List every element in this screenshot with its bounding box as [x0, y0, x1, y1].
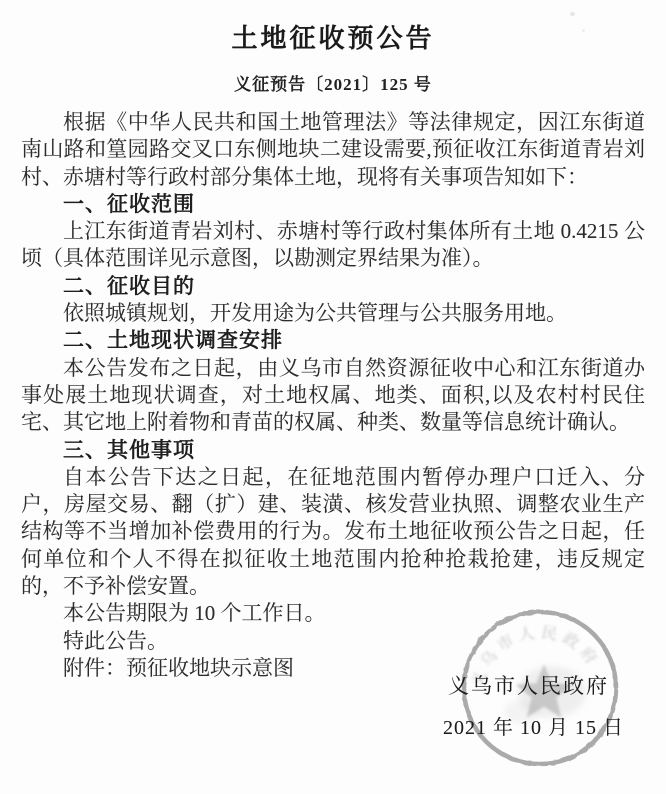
- doc-number: 义征预告〔2021〕125 号: [21, 70, 645, 95]
- paragraph: 特此公告。: [21, 628, 645, 655]
- paragraph: 依照城镇规划，开发用途为公共管理与公共服务用地。: [21, 300, 645, 327]
- announcement-page: 土地征收预公告 义征预告〔2021〕125 号 根据《中华人民共和国土地管理法》…: [0, 0, 666, 794]
- section-heading: 二、征收目的: [21, 273, 645, 300]
- issue-date: 2021 年 10 月 15 日: [443, 711, 624, 740]
- paragraph: 本公告期限为 10 个工作日。: [21, 600, 645, 627]
- document-body: 土地征收预公告 义征预告〔2021〕125 号 根据《中华人民共和国土地管理法》…: [0, 0, 666, 682]
- issuer-name: 义乌市人民政府: [448, 670, 609, 700]
- paragraph: 上江东街道青岩刘村、赤塘村等行政村集体所有土地 0.4215 公顷（具体范围详见…: [21, 218, 645, 273]
- section-heading: 三、其他事项: [21, 437, 645, 464]
- doc-title: 土地征收预公告: [21, 18, 645, 55]
- section-heading: 一、征收范围: [21, 191, 645, 218]
- paragraph: 根据《中华人民共和国土地管理法》等法律规定，因江东街道南山路和篁园路交叉口东侧地…: [21, 109, 645, 191]
- body-blocks: 根据《中华人民共和国土地管理法》等法律规定，因江东街道南山路和篁园路交叉口东侧地…: [21, 109, 645, 682]
- section-heading: 二、土地现状调查安排: [21, 327, 645, 354]
- paragraph: 自本公告下达之日起，在征地范围内暂停办理户口迁入、分户，房屋交易、翻（扩）建、装…: [21, 464, 645, 600]
- paragraph: 本公告发布之日起，由义乌市自然资源征收中心和江东街道办事处展土地现状调查，对土地…: [21, 355, 645, 437]
